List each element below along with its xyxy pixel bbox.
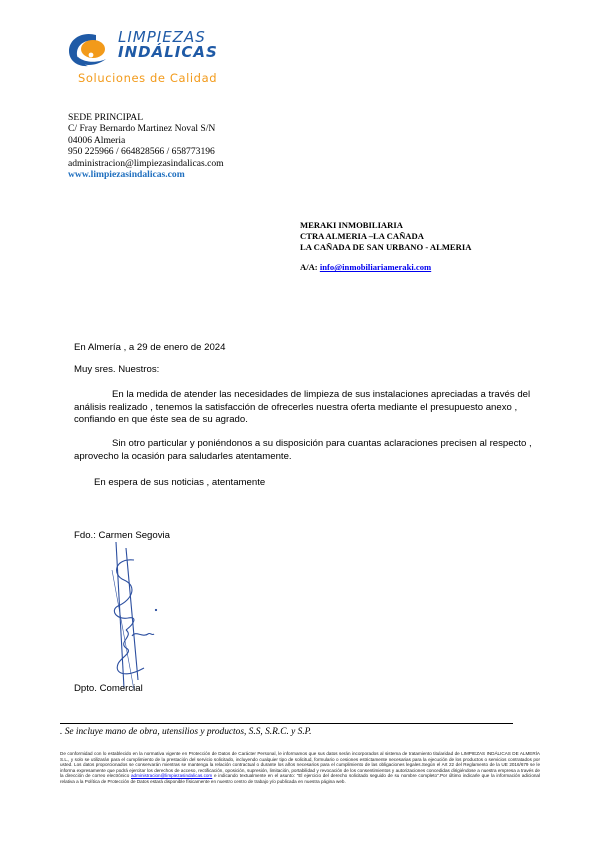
letter-paragraph-2: Sin otro particular y poniéndonos a su d… [74,438,544,463]
sender-city: 04006 Almeria [68,135,224,146]
letter-closing: En espera de sus noticias , atentamente [94,477,265,490]
footer-divider [60,723,513,724]
letter-date: En Almería , a 29 de enero de 2024 [74,342,225,355]
recipient-address2: LA CAÑADA DE SAN URBANO - ALMERIA [300,242,471,253]
attention-label: A/A: [300,262,318,272]
recipient-name: MERAKI INMOBILIARIA [300,220,471,231]
paragraph-2-line: aprovecho la ocasión para saludarles ate… [74,451,544,464]
sender-block: SEDE PRINCIPAL C/ Fray Bernardo Martinez… [68,112,224,180]
paragraph-1-line: confiando en que éste sea de su agrado. [74,414,544,427]
recipient-address1: CTRA ALMERIA –LA CAÑADA [300,231,471,242]
brand-tagline: Soluciones de Calidad [78,71,217,85]
sender-address: C/ Fray Bernardo Martinez Noval S/N [68,123,224,134]
recipient-attention: A/A: info@inmobiliariameraki.com [300,262,471,273]
limpiezas-indalicas-logo-icon [66,32,110,68]
paragraph-2-line: Sin otro particular y poniéndonos a su d… [74,438,544,451]
data-protection-notice: De conformidad con lo establecido en la … [60,751,540,785]
brand-name-line2: INDÁLICAS [118,45,218,60]
letter-salutation: Muy sres. Nuestros: [74,364,159,377]
included-note: . Se incluye mano de obra, utensilios y … [60,727,312,737]
paragraph-1-line: análisis realizado , tenemos la satisfac… [74,402,544,415]
department: Dpto. Comercial [74,683,143,696]
sender-email: administracion@limpiezasindalicas.com [68,158,224,169]
recipient-block: MERAKI INMOBILIARIA CTRA ALMERIA –LA CAÑ… [300,220,471,273]
company-logo: LIMPIEZAS INDÁLICAS Soluciones de Calida… [66,24,236,92]
legal-email-link[interactable]: administracion@limpiezasindalicas.com [131,773,212,778]
attention-email-link[interactable]: info@inmobiliariameraki.com [320,262,431,272]
paragraph-1-line: En la medida de atender las necesidades … [74,389,544,402]
letter-paragraph-1: En la medida de atender las necesidades … [74,389,544,427]
sender-title: SEDE PRINCIPAL [68,112,224,123]
sender-website-link[interactable]: www.limpiezasindalicas.com [68,169,224,180]
handwritten-signature-icon [104,540,164,690]
sender-phones: 950 225966 / 664828566 / 658773196 [68,146,224,157]
